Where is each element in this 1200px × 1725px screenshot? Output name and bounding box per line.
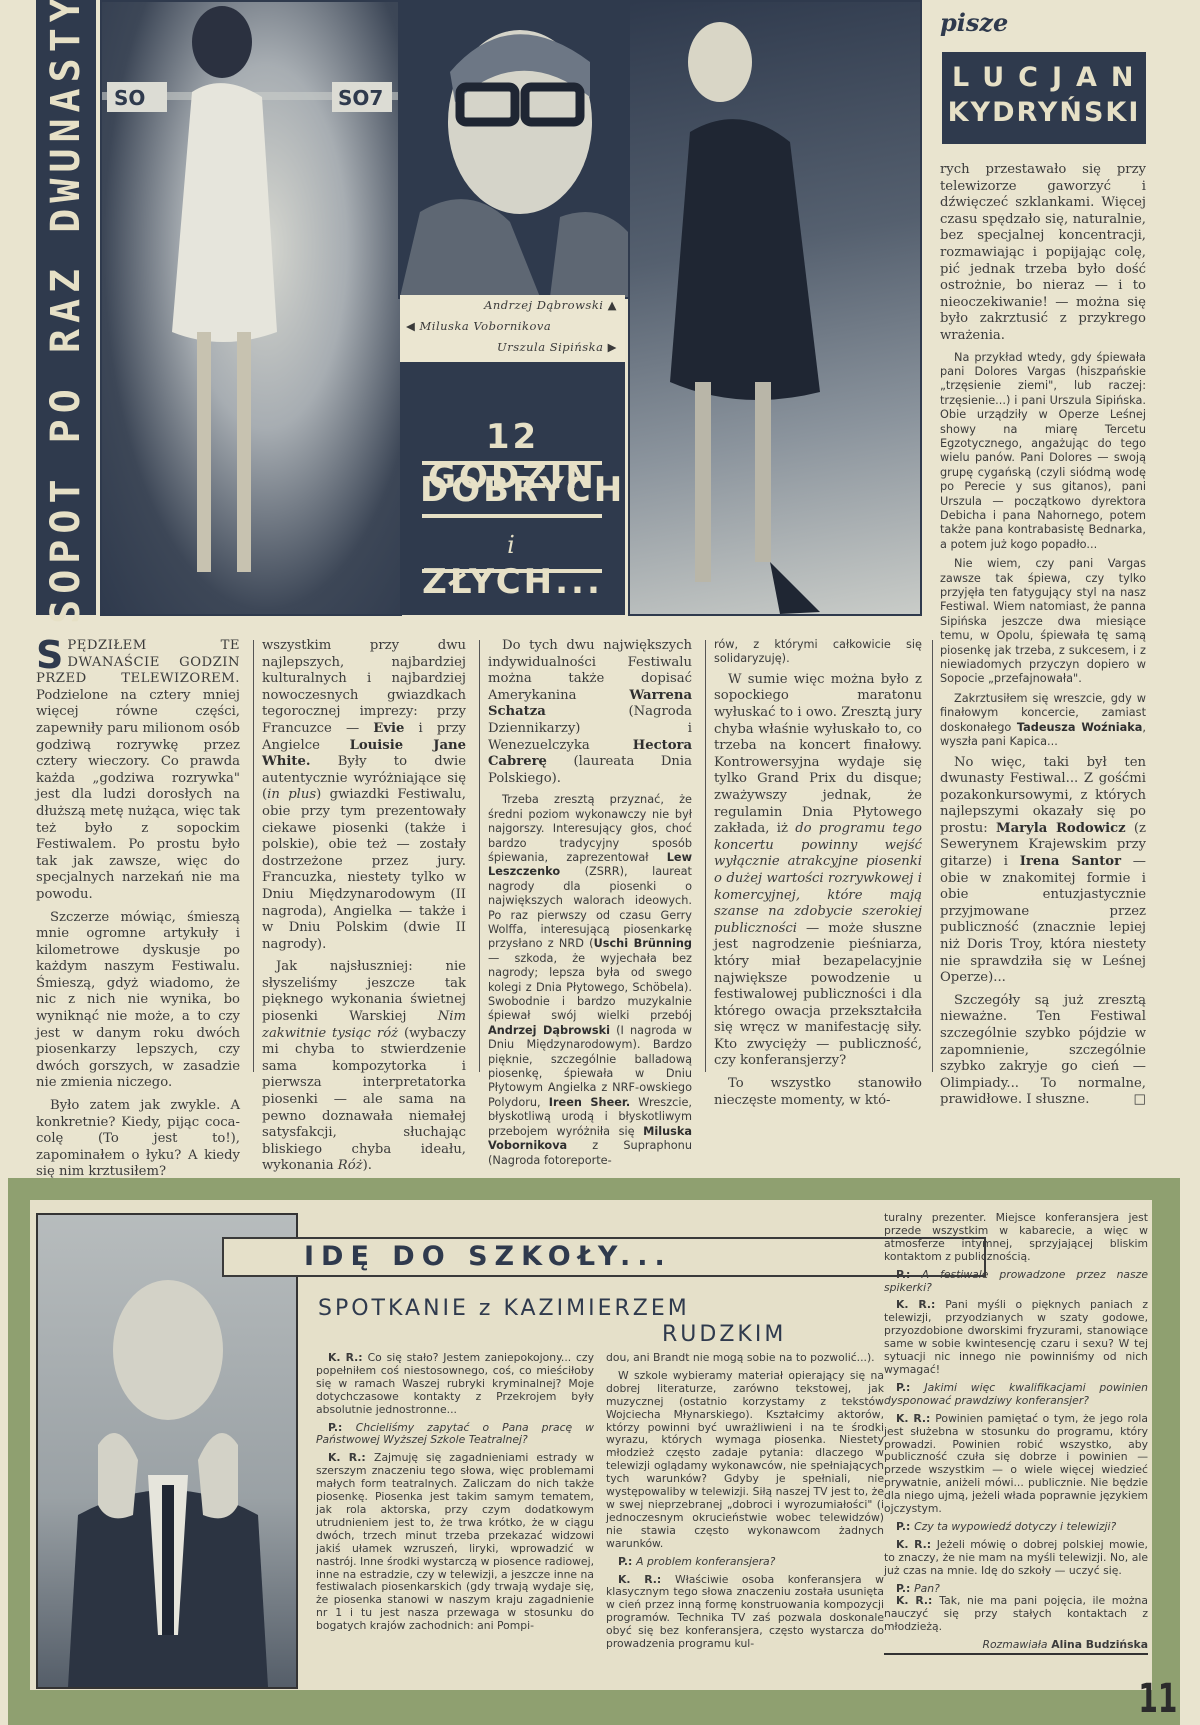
column-divider <box>705 640 706 1072</box>
singer-white-dress-photo: SO SO7 <box>100 0 402 616</box>
interview-column-2: dou, ani Brandt nie mogą sobie na to poz… <box>606 1352 884 1656</box>
singer-dark-dress-photo <box>628 0 922 616</box>
interview-turn: P.: A problem konferansjera? <box>606 1556 884 1569</box>
interview-turn: K. R.: Powinien pamiętać o tym, że jego … <box>884 1413 1148 1516</box>
interview-column-1: K. R.: Co się stało? Jestem zaniepokojon… <box>316 1352 594 1638</box>
column-divider <box>479 640 480 1072</box>
headline-prefix: i <box>507 531 518 559</box>
interview-signature: Rozmawiała Alina Budzińska <box>884 1639 1148 1655</box>
paragraph: Do tych dwu największych indywidualności… <box>488 638 692 787</box>
interview-turn: K. R.: Zajmuję się zagadnieniami estrady… <box>316 1452 594 1633</box>
kazimierz-rudzki-photo <box>36 1213 298 1689</box>
name-bold: Evie <box>373 721 404 736</box>
interview-rubric: IDĘ DO SZKOŁY... <box>222 1237 986 1277</box>
section-banner: SOPOT PO RAZ DWUNASTY <box>36 0 96 615</box>
paragraph: Zakrztusiłem się wreszcie, gdy w finałow… <box>940 692 1146 750</box>
caption-row: ◀ Miluska Vobornikova <box>400 316 625 337</box>
interview-turn: K. R.: Tak, nie ma pani pojęcia, ile moż… <box>884 1595 1148 1634</box>
byline-label: pisze <box>940 8 1008 37</box>
interview-turn: dou, ani Brandt nie mogą sobie na to poz… <box>606 1352 884 1365</box>
interview-turn: P.: Czy ta wypowiedź dotyczy i telewizji… <box>884 1521 1148 1534</box>
headline-rule <box>422 461 602 465</box>
interview-turn: K. R.: Jeżeli mówię o dobrej polskiej mo… <box>884 1539 1148 1578</box>
portrait-illustration-icon <box>400 2 628 297</box>
author-box: LUCJAN KYDRYŃSKI <box>942 52 1146 144</box>
paragraph: W sumie więc można było z sopockiego mar… <box>714 672 922 1070</box>
paragraph: Na przykład wtedy, gdy śpiewała pani Dol… <box>940 351 1146 553</box>
article-column-2: wszystkim przy dwu najlepszych, najbardz… <box>262 638 466 1181</box>
caption-text: Urszula Sipińska <box>497 340 603 354</box>
interview-turn: K. R.: Pani myśli o pięknych paniach z t… <box>884 1299 1148 1376</box>
interview-turn: K. R.: Co się stało? Jestem zaniepokojon… <box>316 1352 594 1417</box>
singer-silhouette-icon: SO SO7 <box>102 2 400 614</box>
interview-title-line-2: RUDZKIM <box>662 1322 786 1347</box>
caption-text: Miluska Vobornikova <box>420 319 552 333</box>
paragraph: Trzeba zresztą przyznać, że średni pozio… <box>488 793 692 1168</box>
article-column-5: rych przestawało się przy telewizorze ga… <box>940 162 1146 1115</box>
interview-turn: P.: A festiwale prowadzone przez nasze s… <box>884 1269 1148 1295</box>
headline-rule <box>422 514 602 518</box>
interview-title-line-1: SPOTKANIE z KAZIMIERZEM <box>318 1296 690 1321</box>
end-mark-icon: □ <box>1120 1092 1146 1109</box>
column-divider <box>253 640 254 1072</box>
svg-text:SO: SO <box>114 86 145 110</box>
paragraph: Szczegóły są już zresztą nieważne. Ten F… <box>940 993 1146 1109</box>
interview-turn: turalny prezenter. Miejsce konferansjera… <box>884 1212 1148 1264</box>
headline-line-3: i ZŁYCH... <box>420 522 605 602</box>
headline-box: 12 GODZIN DOBRYCH i ZŁYCH... <box>400 362 625 615</box>
interview-turn: K. R.: Właściwie osoba konferansjera w k… <box>606 1574 884 1651</box>
article-column-1: SPĘDZIŁEM TE DWANAŚCIE GODZIN PRZED TELE… <box>36 638 240 1226</box>
paragraph: Szczerze mówiąc, śmieszą mnie ogromne ar… <box>36 910 240 1093</box>
column-divider <box>932 640 933 1072</box>
drop-cap: S <box>36 640 63 670</box>
interview-turn: P.: Chcieliśmy zapytać o Pana pracę w Pa… <box>316 1422 594 1448</box>
singer-silhouette-icon <box>630 2 920 614</box>
interview-turn: P.: Jakimi więc kwalifikacjami powinien … <box>884 1382 1148 1408</box>
svg-text:SO7: SO7 <box>338 86 383 110</box>
paragraph: No więc, taki był ten dwunasty Festiwal.… <box>940 755 1146 987</box>
paragraph: rych przestawało się przy telewizorze ga… <box>940 162 1146 345</box>
page-number: 11 <box>1138 1676 1177 1722</box>
paragraph: Jak najsłuszniej: nie słyszeliśmy jeszcz… <box>262 959 466 1175</box>
arrow-right-icon: ▶ <box>608 340 617 354</box>
author-first-name: LUCJAN <box>942 62 1146 93</box>
section-banner-text: SOPOT PO RAZ DWUNASTY <box>43 0 89 623</box>
name-bold: Maryla Rodowicz <box>996 821 1126 836</box>
quoted-regulation: do programu tego koncertu powinny wejść … <box>714 821 922 936</box>
paragraph: To wszystko stanowiło nieczęste momenty,… <box>714 1076 922 1109</box>
caption-row: Urszula Sipińska ▶ <box>400 337 625 358</box>
paragraph: rów, z którymi całkowicie się solidaryzu… <box>714 638 922 667</box>
paragraph: Nie wiem, czy pani Vargas zawsze tak śpi… <box>940 557 1146 687</box>
paragraph: wszystkim przy dwu najlepszych, najbardz… <box>262 638 466 953</box>
photo-captions: Andrzej Dąbrowski ▲ ◀ Miluska Vobornikov… <box>400 295 625 362</box>
name-bold: Irena Santor <box>1020 854 1121 869</box>
name-bold: Tadeusza Woźniaka <box>1017 721 1143 734</box>
caption-text: Andrzej Dąbrowski <box>484 298 603 312</box>
interviewer-name: Alina Budzińska <box>1051 1638 1148 1651</box>
article-column-4: rów, z którymi całkowicie się solidaryzu… <box>714 638 922 1115</box>
author-last-name: KYDRYŃSKI <box>942 97 1146 128</box>
interview-column-3: turalny prezenter. Miejsce konferansjera… <box>884 1212 1148 1655</box>
article-column-3: Do tych dwu największych indywidualności… <box>488 638 692 1173</box>
interview-turn: W szkole wybieramy materiał opierający s… <box>606 1370 884 1551</box>
paragraph: Było zatem jak zwykle. A konkretnie? Kie… <box>36 1098 240 1181</box>
caption-row: Andrzej Dąbrowski ▲ <box>400 295 625 316</box>
headline-line-3-text: ZŁYCH... <box>422 562 603 602</box>
arrow-up-icon: ▲ <box>608 298 617 312</box>
arrow-left-icon: ◀ <box>406 319 415 333</box>
headline-line-2: DOBRYCH <box>420 470 605 510</box>
man-portrait-illustration-icon <box>38 1215 296 1687</box>
headline-rule <box>422 569 602 573</box>
lead-caps: PĘDZIŁEM TE DWANAŚCIE GODZIN PRZED TELEW… <box>36 638 240 686</box>
lead-paragraph: SPĘDZIŁEM TE DWANAŚCIE GODZIN PRZED TELE… <box>36 638 240 904</box>
man-glasses-photo <box>398 0 630 299</box>
